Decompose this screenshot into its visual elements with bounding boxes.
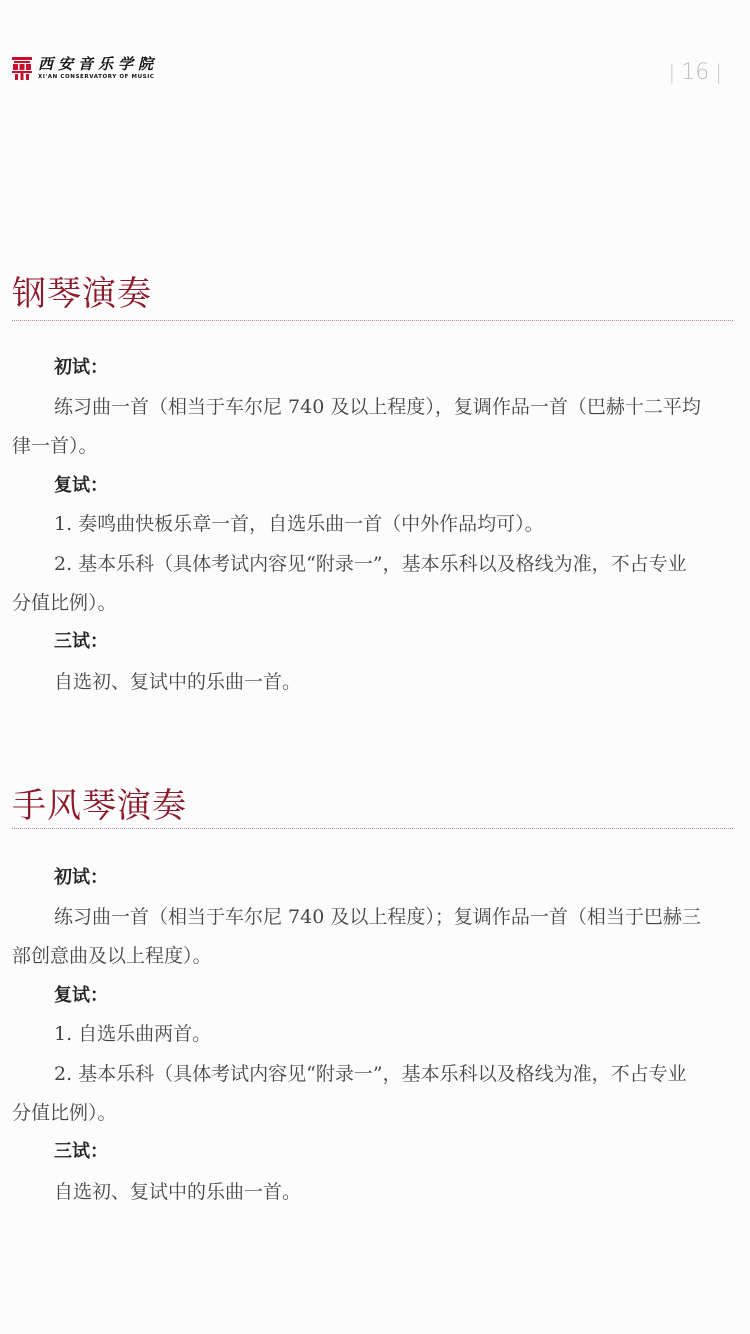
logo-chinese-name: 西安音乐学院 xyxy=(38,56,158,72)
exam-round-label: 三试： xyxy=(54,1140,108,1164)
paragraph-line: 分值比例）。 xyxy=(12,1101,117,1125)
divider: | xyxy=(669,60,676,84)
paragraph-line: 自选初、复试中的乐曲一首。 xyxy=(54,670,301,694)
page-header: 西安音乐学院 XI'AN CONSERVATORY OF MUSIC |16| xyxy=(0,0,750,100)
paragraph-line: 自选初、复试中的乐曲一首。 xyxy=(54,1180,301,1204)
page-number: |16| xyxy=(663,60,729,85)
school-emblem-icon xyxy=(12,56,32,80)
exam-round-label: 复试： xyxy=(54,984,108,1008)
paragraph-line: 2. 基本乐科（具体考试内容见“附录一”，基本乐科以及格线为准，不占专业 xyxy=(54,552,687,576)
paragraph-line: 部创意曲及以上程度）。 xyxy=(12,944,212,968)
paragraph-line: 1. 自选乐曲两首。 xyxy=(54,1022,211,1046)
section-divider xyxy=(12,828,733,829)
paragraph-line: 1. 奏鸣曲快板乐章一首，自选乐曲一首（中外作品均可）。 xyxy=(54,512,544,536)
exam-round-label: 三试： xyxy=(54,630,108,654)
school-logo: 西安音乐学院 XI'AN CONSERVATORY OF MUSIC xyxy=(12,56,158,81)
logo-english-name: XI'AN CONSERVATORY OF MUSIC xyxy=(38,73,158,81)
paragraph-line: 练习曲一首（相当于车尔尼 740 及以上程度）；复调作品一首（相当于巴赫三 xyxy=(54,905,701,929)
exam-round-label: 复试： xyxy=(54,474,108,498)
paragraph-line: 分值比例）。 xyxy=(12,591,117,615)
divider: | xyxy=(715,60,722,84)
section-divider xyxy=(12,320,733,321)
paragraph-line: 律一首）。 xyxy=(12,434,98,458)
section-title: 钢琴演奏 xyxy=(12,274,152,314)
paragraph-line: 练习曲一首（相当于车尔尼 740 及以上程度），复调作品一首（巴赫十二平均 xyxy=(54,395,701,419)
exam-round-label: 初试： xyxy=(54,356,108,380)
exam-round-label: 初试： xyxy=(54,866,108,890)
paragraph-line: 2. 基本乐科（具体考试内容见“附录一”，基本乐科以及格线为准，不占专业 xyxy=(54,1062,687,1086)
section-title: 手风琴演奏 xyxy=(12,786,187,826)
